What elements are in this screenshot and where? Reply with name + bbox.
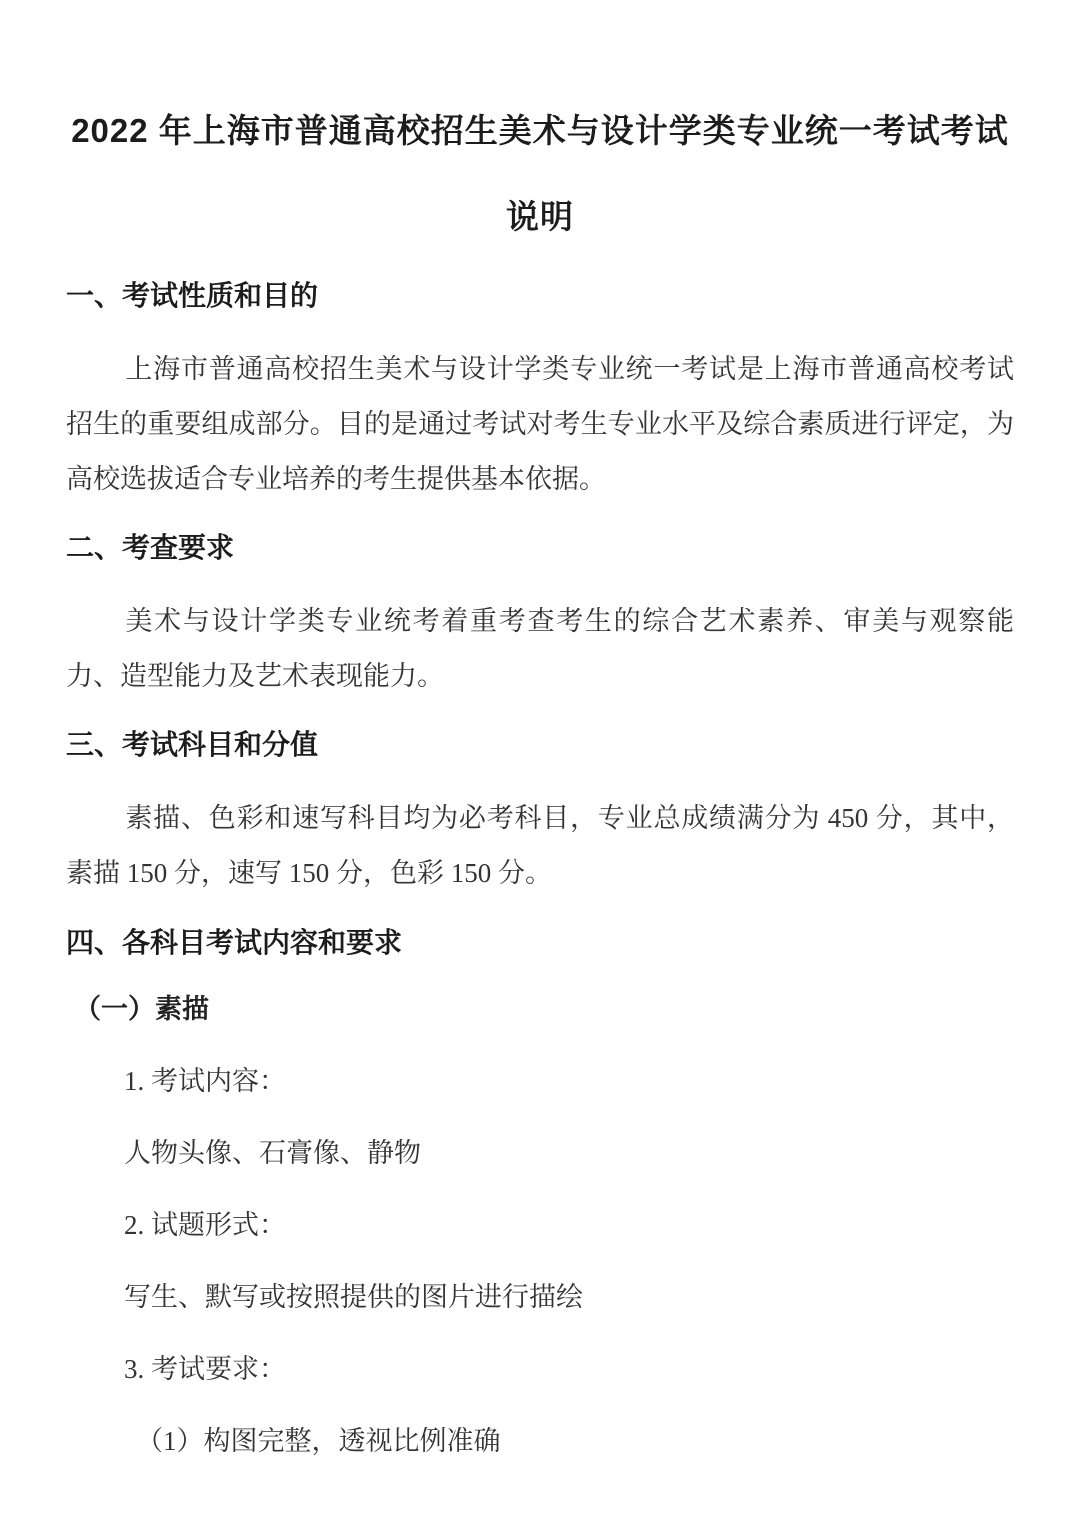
document-title-line1: 2022 年上海市普通高校招生美术与设计学类专业统一考试考试 — [66, 88, 1014, 174]
section-exam-requirements: 二、考查要求 美术与设计学类专业统考着重考查考生的综合艺术素养、审美与观察能力、… — [66, 530, 1014, 704]
section-subjects-scores: 三、考试科目和分值 素描、色彩和速写科目均为必考科目，专业总成绩满分为 450 … — [66, 727, 1014, 901]
section-heading: 四、各科目考试内容和要求 — [66, 925, 1014, 961]
section-heading: 三、考试科目和分值 — [66, 727, 1014, 763]
section-paragraph: 上海市普通高校招生美术与设计学类专业统一考试是上海市普通高校考试招生的重要组成部… — [66, 342, 1014, 507]
list-item-content: 写生、默写或按照提供的图片进行描绘 — [124, 1270, 1014, 1325]
section-exam-nature: 一、考试性质和目的 上海市普通高校招生美术与设计学类专业统一考试是上海市普通高校… — [66, 278, 1014, 507]
document-page: 2022 年上海市普通高校招生美术与设计学类专业统一考试考试 说明 一、考试性质… — [0, 0, 1080, 1527]
section-paragraph: 美术与设计学类专业统考着重考查考生的综合艺术素养、审美与观察能力、造型能力及艺术… — [66, 594, 1014, 704]
list-item-label: 3. 考试要求： — [124, 1342, 1014, 1397]
list-item-content: 人物头像、石膏像、静物 — [124, 1126, 1014, 1181]
section-paragraph: 素描、色彩和速写科目均为必考科目，专业总成绩满分为 450 分，其中，素描 15… — [66, 791, 1014, 901]
section-heading: 二、考查要求 — [66, 530, 1014, 566]
document-title-line2: 说明 — [66, 174, 1014, 260]
section-heading: 一、考试性质和目的 — [66, 278, 1014, 314]
section-subject-content: 四、各科目考试内容和要求 （一）素描 1. 考试内容： 人物头像、石膏像、静物 … — [66, 925, 1014, 1469]
list-item-label: 1. 考试内容： — [124, 1054, 1014, 1109]
subsection-title-sketch: （一）素描 — [74, 991, 1014, 1027]
document-title: 2022 年上海市普通高校招生美术与设计学类专业统一考试考试 说明 — [66, 88, 1014, 260]
list-item-label: 2. 试题形式： — [124, 1198, 1014, 1253]
list-item-content: （1）构图完整，透视比例准确 — [136, 1414, 1014, 1469]
